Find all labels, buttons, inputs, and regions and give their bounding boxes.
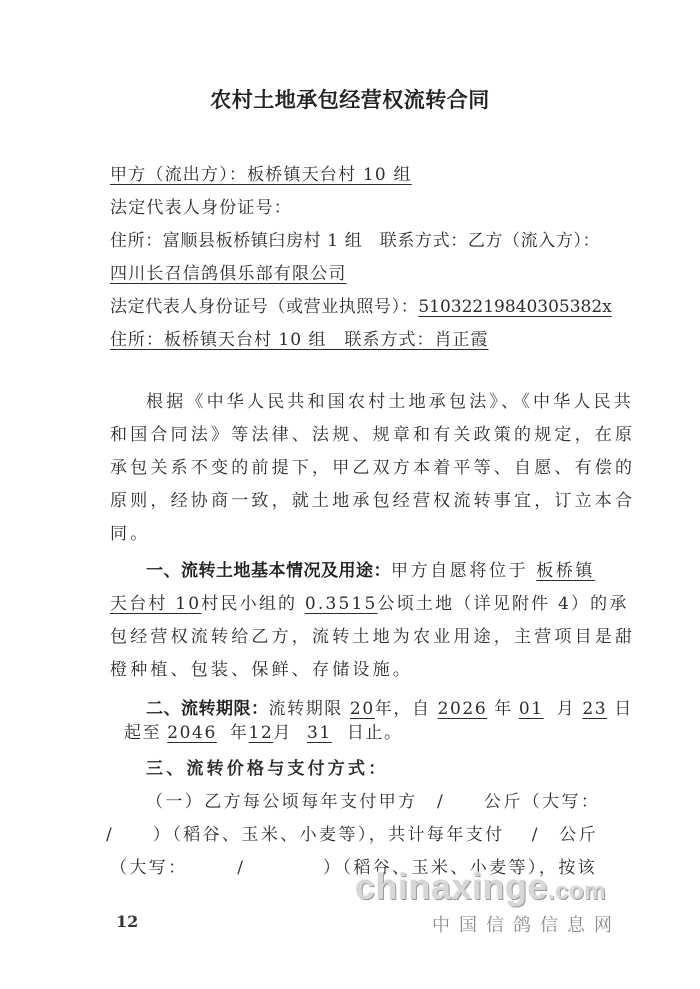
preamble-line-3: 承包关系不变的前提下，甲乙双方本着平等、自愿、有偿的 xyxy=(110,453,635,478)
section3-line-1: （一）乙方每公顷每年支付甲方 / 公斤（大写： xyxy=(146,787,600,812)
unit-day: 日 xyxy=(614,699,633,719)
page-number: 12 xyxy=(116,912,138,931)
watermark-logo: chinaxinge.com xyxy=(355,866,606,908)
section1-text-end: 公顷土地（详见附件 4）的承 xyxy=(378,594,629,614)
start-year: 2026 xyxy=(438,699,488,719)
end-day: 31 xyxy=(299,723,340,743)
unit-year-2: 年 xyxy=(230,723,249,743)
watermark-site-name: 中国信鸽信息网 xyxy=(432,911,621,937)
party-b-name: 四川长召信鸽俱乐部有限公司 xyxy=(110,259,347,284)
party-a-name: 甲方（流出方）：板桥镇天台村 10 组 xyxy=(110,160,412,185)
section1-text-mid: 村民小组的 xyxy=(201,594,297,614)
unit-year: 年 xyxy=(494,699,513,719)
unit-month: 月 xyxy=(557,699,576,719)
term-year-unit: 年，自 xyxy=(375,699,431,719)
end-month: 12 xyxy=(249,723,274,743)
watermark-site: chinaxinge xyxy=(355,866,548,907)
section1-line-4: 橙种植、包装、保鲜、存储设施。 xyxy=(110,655,413,680)
start-month: 01 xyxy=(513,699,550,719)
section1-location-village: 天台村 10 xyxy=(110,594,201,614)
term-label: 流转期限 xyxy=(269,699,343,719)
end-year: 2046 xyxy=(161,723,223,743)
preamble-line-5: 同。 xyxy=(110,519,150,544)
party-b-address: 住所：板桥镇天台村 10 组 联系方式：肖正霞 xyxy=(110,325,488,350)
section2-heading: 二、流转期限： xyxy=(146,699,269,719)
party-b-id-value: 51032219840305382x xyxy=(418,297,611,317)
party-a-id: 法定代表人身份证号： xyxy=(110,193,292,218)
party-b-id-row: 法定代表人身份证号（或营业执照号）：51032219840305382x xyxy=(110,292,612,317)
watermark-tld: .com xyxy=(548,878,606,905)
end-suffix: 日止。 xyxy=(347,723,403,743)
start-day: 23 xyxy=(582,699,607,719)
section2-line-1: 二、流转期限：流转期限 20年，自 2026 年01 月 23 日 xyxy=(146,694,633,719)
unit-month-2: 月 xyxy=(273,723,292,743)
section1-line-1: 一、流转土地基本情况及用途：甲方自愿将位于 板桥镇 xyxy=(146,556,595,581)
term-years: 20 xyxy=(350,699,375,719)
section1-heading: 一、流转土地基本情况及用途： xyxy=(146,561,391,581)
section1-line-3: 包经营权流转给乙方，流转土地为农业用途，主营项目是甜 xyxy=(110,622,635,647)
section3-heading: 三、流转价格与支付方式： xyxy=(146,754,388,779)
section1-area: 0.3515 xyxy=(305,594,378,614)
preamble-line-1: 根据《中华人民共和国农村土地承包法》、《中华人民共 xyxy=(146,387,634,412)
section1-location-town: 板桥镇 xyxy=(536,561,595,581)
end-prefix: 起至 xyxy=(124,723,161,743)
section1-text: 甲方自愿将位于 xyxy=(391,561,528,581)
party-b-id-label: 法定代表人身份证号（或营业执照号）： xyxy=(110,297,418,317)
section2-line-2: 起至2046 年12月 31 日止。 xyxy=(124,718,403,743)
preamble-line-2: 和国合同法》等法律、法规、规章和有关政策的规定，在原 xyxy=(110,420,635,445)
document-title: 农村土地承包经营权流转合同 xyxy=(0,84,700,114)
section3-line-2: / ）（稻谷、玉米、小麦等），共计每年支付 / 公斤 xyxy=(106,820,598,845)
section1-line-2: 天台村 10村民小组的 0.3515公顷土地（详见附件 4）的承 xyxy=(110,589,629,614)
preamble-line-4: 原则，经协商一致，就土地承包经营权流转事宜，订立本合 xyxy=(110,486,635,511)
party-a-address: 住所：富顺县板桥镇臼房村 1 组 联系方式：乙方（流入方）： xyxy=(110,226,600,251)
